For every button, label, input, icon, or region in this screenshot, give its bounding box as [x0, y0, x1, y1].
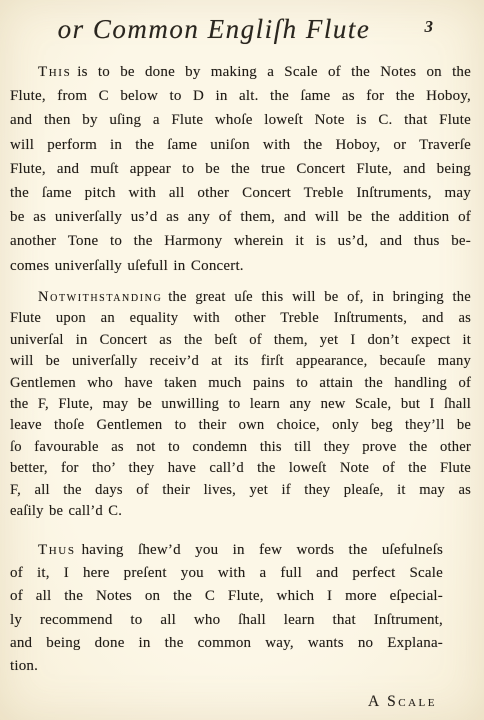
text-line: ly recommend to all who ſhall learn that… — [10, 609, 443, 632]
text-line: Flute, from C below to D in alt. the ſam… — [10, 84, 471, 108]
paragraph-2: Notwithstandingthe great uſe this will b… — [10, 287, 471, 522]
text-line: Thisis to be done by making a Scale of t… — [10, 60, 471, 84]
paragraph-3: Thushaving ſhew’d you in few words the u… — [10, 539, 443, 678]
paragraph-1: Thisis to be done by making a Scale of t… — [10, 60, 471, 278]
text-line: the F, Flute, may be unwilling to learn … — [10, 394, 471, 415]
paragraph-lead-word: This — [38, 64, 71, 80]
text-line: better, for tho’ they have call’d the lo… — [10, 458, 471, 479]
text-line: another Tone to the Harmony wherein it i… — [10, 229, 471, 253]
text-line: Notwithstandingthe great uſe this will b… — [10, 287, 471, 308]
book-page: or Common Engliſh Flute 3 Thisis to be d… — [0, 0, 484, 720]
text-line-content: having ſhew’d you in few words the uſefu… — [82, 542, 443, 558]
text-line: leave thoſe Gentlemen to their own choic… — [10, 415, 471, 436]
paragraph-lead-word: Thus — [38, 542, 76, 558]
text-line: F, all the days of their lives, yet if t… — [10, 480, 471, 501]
text-line: and then by uſing a Flute whoſe loweſt N… — [10, 108, 471, 132]
page-number: 3 — [425, 17, 434, 37]
text-line: and being done in the common way, wants … — [10, 632, 443, 655]
text-line: Flute upon an equality with other Treble… — [10, 308, 471, 329]
text-line: Flute, and muſt appear to be the true Co… — [10, 157, 471, 181]
text-line: Thushaving ſhew’d you in few words the u… — [10, 539, 443, 562]
text-line: be as univerſally us’d as any of them, a… — [10, 205, 471, 229]
text-line: ſo favourable as not to condemn this til… — [10, 437, 471, 458]
text-line: eaſily be call’d C. — [10, 501, 471, 522]
text-line: Gentlemen who have taken much pains to a… — [10, 373, 471, 394]
text-line: will perform in the ſame uniſon with the… — [10, 133, 471, 157]
paragraph-lead-word: Notwithstanding — [38, 289, 162, 305]
text-line: tion. — [10, 655, 443, 678]
catchword: A Scale — [368, 693, 437, 711]
text-line: univerſal in Concert as the beſt of them… — [10, 330, 471, 351]
text-line: comes univerſally uſefull in Concert. — [10, 254, 471, 278]
running-header-title: or Common Engliſh Flute — [0, 14, 428, 45]
text-line-content: is to be done by making a Scale of the N… — [77, 64, 471, 80]
text-line: of it, I here preſent you with a full an… — [10, 562, 443, 585]
text-line: of all the Notes on the C Flute, which I… — [10, 585, 443, 608]
text-line: will be univerſally receiv’d at its firſ… — [10, 351, 471, 372]
text-line: the ſame pitch with all other Concert Tr… — [10, 181, 471, 205]
text-line-content: the great uſe this will be of, in bringi… — [168, 289, 471, 305]
page-header: or Common Engliſh Flute 3 — [0, 14, 484, 54]
